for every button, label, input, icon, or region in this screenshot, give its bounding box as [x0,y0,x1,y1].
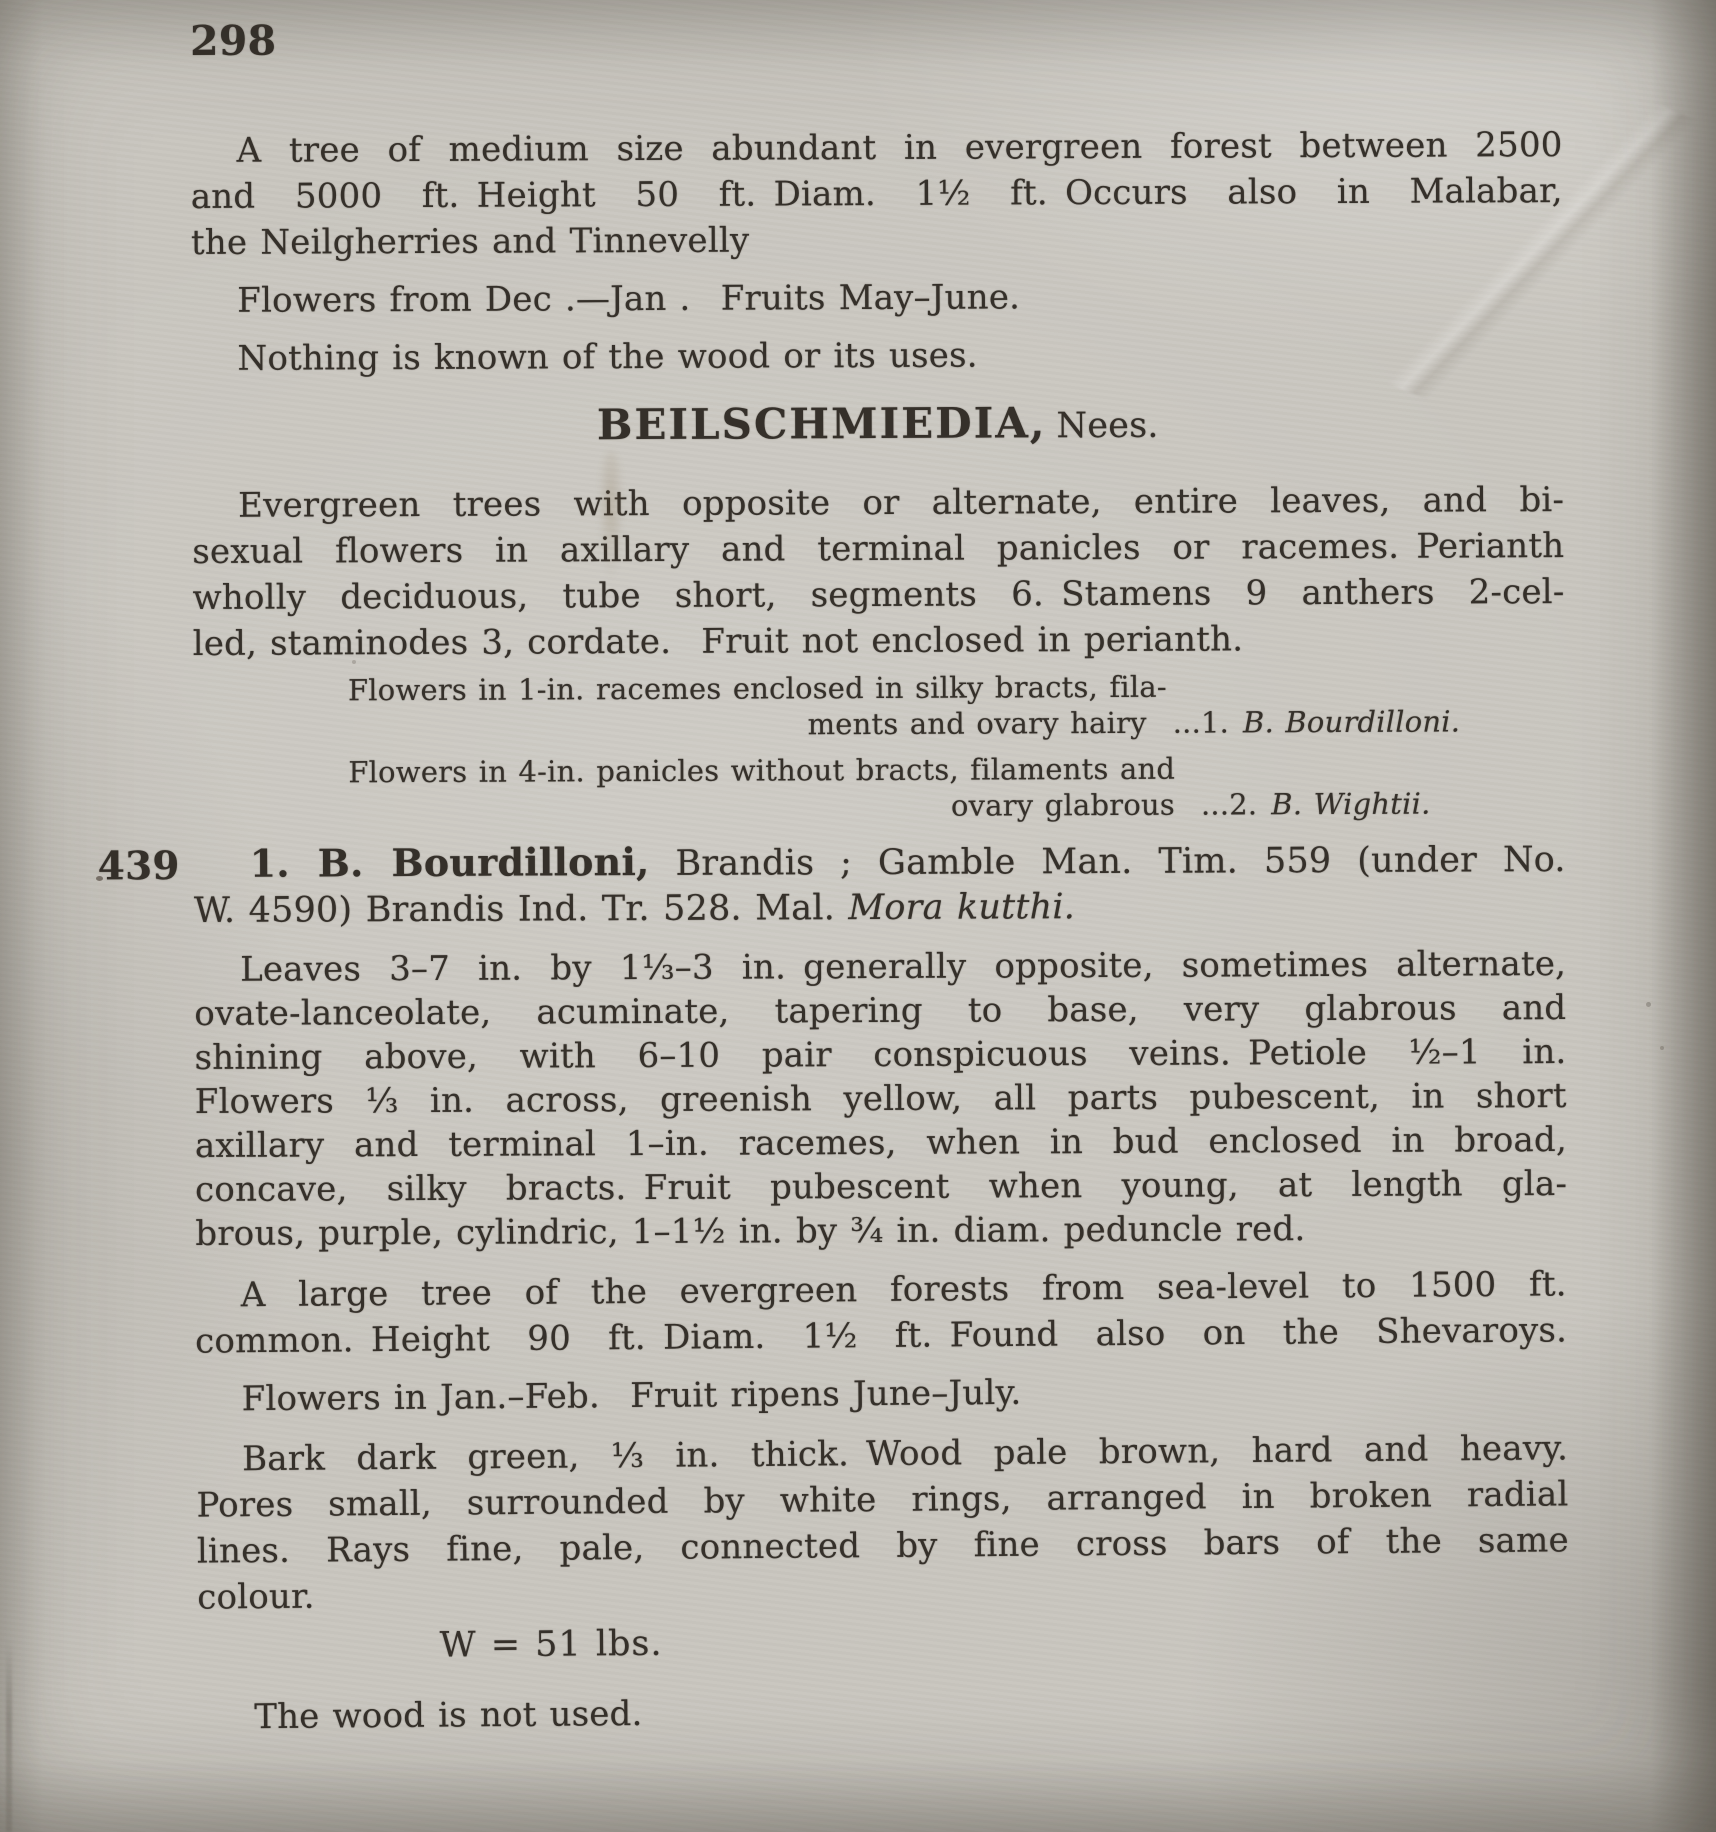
paper-speck [1660,1046,1664,1050]
bark-wood-paragraph: Bark dark green, ⅓ in. thick. Wood pale … [196,1425,1569,1620]
paper-speck [352,660,356,664]
genus-author: Nees. [1056,406,1158,446]
genus-name: BEILSCHMIEDIA, [597,398,1047,449]
key-entry-1-line-2: ments and ovary hairy...1.B. Bourdilloni… [193,703,1565,745]
lower-text-block: A large tree of the evergreen forests fr… [195,1261,1571,1740]
intro-line: A tree of medium size abundant in evergr… [190,122,1562,174]
page-number: 298 [190,12,1562,64]
species-phenology-line: Flowers in Jan.–Feb. Fruit ripens June–J… [195,1365,1567,1422]
paper-crease-bottom-left [6,1640,12,1832]
species-heading-line-1: 1. B. Bourdilloni, Brandis ; Gamble Man.… [194,835,1566,889]
key-entry-2-species-name: B. Wightii. [1271,787,1430,822]
paper-stain [598,452,624,582]
genus-description-line: led, staminodes 3, cordate. Fruit not en… [193,615,1565,667]
key-entry-2-leader: ...2. [1201,787,1257,821]
key-entry-2-line-1: Flowers in 4-in. panicles without bracts… [348,749,1565,790]
key-entry-1-continuation: ments and ovary hairy [807,706,1146,741]
species-author: Brandis ; [675,843,852,884]
leaves-line: Flowers ⅓ in. across, greenish yellow, a… [195,1074,1567,1124]
wood-weight-line: W = 51 lbs. [439,1613,1569,1668]
key-entry-1-leader: ...1. [1173,705,1229,739]
wood-use-line: The wood is not used. [198,1683,1570,1740]
genus-description-line: Evergreen trees with opposite or alterna… [192,477,1564,529]
tree-size-line: common. Height 90 ft. Diam. 1½ ft. Found… [195,1307,1567,1364]
species-heading-line-2: W. 4590) Brandis Ind. Tr. 528. Mal. Mora… [194,883,1566,934]
species-margin-number: 439 [98,843,180,889]
genus-heading: BEILSCHMIEDIA,Nees. [192,394,1564,463]
intro-paragraph: A tree of medium size abundant in evergr… [190,122,1563,266]
page-text-column: 298 A tree of medium size abundant in ev… [190,12,1569,1738]
genus-description-line: sexual flowers in axillary and terminal … [192,523,1564,575]
genus-description-line: wholly deciduous, tube short, segments 6… [192,569,1564,621]
leaves-line: Leaves 3–7 in. by 1⅓–3 in. generally opp… [194,942,1566,992]
intro-line: and 5000 ft. Height 50 ft. Diam. 1½ ft. … [191,168,1563,220]
genus-description: Evergreen trees with opposite or alterna… [192,477,1565,667]
key-entry-1-species-name: B. Bourdilloni. [1243,704,1460,739]
leaves-line: axillary and terminal 1–in. racemes, whe… [195,1118,1567,1168]
leaves-line: shining above, with 6–10 pair conspicuou… [194,1030,1566,1080]
key-entry-2-continuation: ovary glabrous [951,788,1175,823]
species-vernacular-name: Mora kutthi. [848,887,1075,928]
scanned-book-page: 298 A tree of medium size abundant in ev… [0,0,1716,1832]
key-entry-1-line-1: Flowers in 1-in. racemes enclosed in sil… [348,667,1565,708]
leaves-line: ovate-lanceolate, acuminate, tapering to… [194,986,1566,1036]
key-entry-2-line-2: ovary glabrous...2.B. Wightii. [193,785,1565,827]
species-heading: 439 1. B. Bourdilloni, Brandis ; Gamble … [194,835,1566,934]
paper-speck [96,876,103,881]
leaves-paragraph: Leaves 3–7 in. by 1⅓–3 in. generally opp… [194,942,1567,1256]
species-references-continued: W. 4590) Brandis Ind. Tr. 528. Mal. [194,888,835,931]
leaves-line: concave, silky bracts. Fruit pubescent w… [195,1162,1567,1212]
species-references: Gamble Man. Tim. 559 (under No. [878,840,1566,883]
tree-size-paragraph: A large tree of the evergreen forests fr… [195,1261,1568,1364]
leaves-line: brous, purple, cylindric, 1–1½ in. by ¾ … [195,1206,1567,1256]
species-name-bold: 1. B. Bourdilloni, [250,839,650,886]
paper-speck [1646,1002,1651,1007]
intro-line: the Neilgherries and Tinnevelly [191,214,1563,266]
species-key: Flowers in 1-in. racemes enclosed in sil… [193,667,1566,827]
